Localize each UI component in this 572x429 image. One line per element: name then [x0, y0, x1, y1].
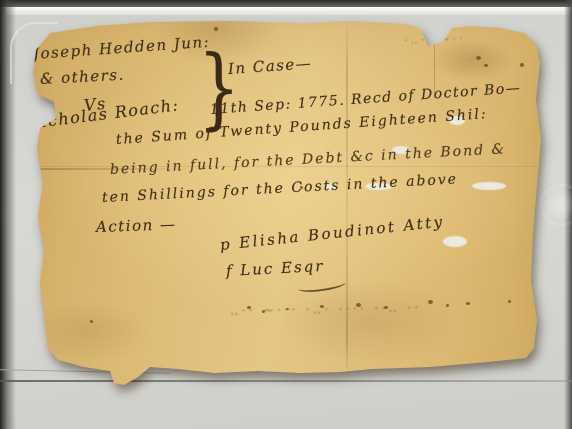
stain-speck	[484, 64, 488, 67]
handwriting-body-line4: ten Shillings for the Costs in the above	[102, 171, 459, 206]
handwriting-plaintiff-line2: & others.	[40, 66, 126, 88]
vertical-fold-crease	[346, 20, 348, 377]
handwriting-faded-top-right: ·‥· ·~··	[404, 32, 466, 47]
handwriting-plaintiff-line1: Joseph Hedden Jun:	[32, 33, 210, 63]
case-brace: }	[198, 44, 241, 132]
handwriting-signature-line2: f Luc Esqr	[226, 257, 325, 280]
stain-speck	[520, 63, 524, 67]
handwriting-signature-line1: p Elisha Boudinot Atty	[219, 212, 445, 253]
stain-speck	[428, 300, 433, 304]
stain-speck	[90, 320, 93, 323]
stain-speck	[446, 304, 449, 307]
signature-flourish	[297, 277, 346, 295]
handwriting-faded-bottom: ‥·· ~··· ·‥· ···· ··‥ ··	[230, 301, 422, 319]
vertical-fold-crease-right	[434, 22, 435, 94]
paper-loss-spot	[472, 182, 506, 190]
paper-loss-spot	[443, 236, 467, 247]
paper-shadow: Joseph Hedden Jun: & others. Vs Nicholas…	[0, 0, 572, 429]
stain-speck	[214, 27, 218, 31]
paper-document: Joseph Hedden Jun: & others. Vs Nicholas…	[0, 0, 572, 429]
stain-speck	[508, 300, 511, 303]
photo-of-document: Joseph Hedden Jun: & others. Vs Nicholas…	[0, 0, 572, 429]
stain-speck	[466, 302, 470, 305]
handwriting-body-line5: Action —	[96, 215, 177, 236]
stain-speck	[476, 56, 481, 60]
